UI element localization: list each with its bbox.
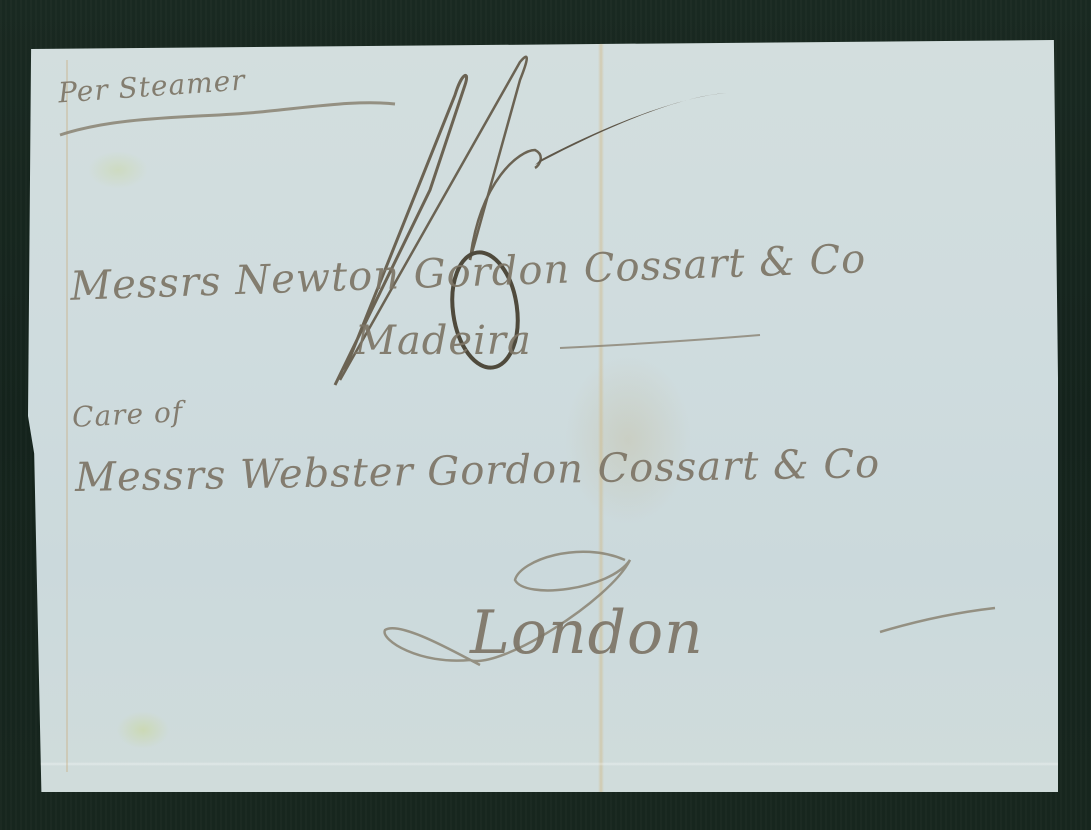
forwarding-city-london: London (470, 598, 704, 668)
care-of-label: Care of (71, 395, 184, 434)
addressee-line-2-madeira: Madeira (355, 318, 532, 364)
